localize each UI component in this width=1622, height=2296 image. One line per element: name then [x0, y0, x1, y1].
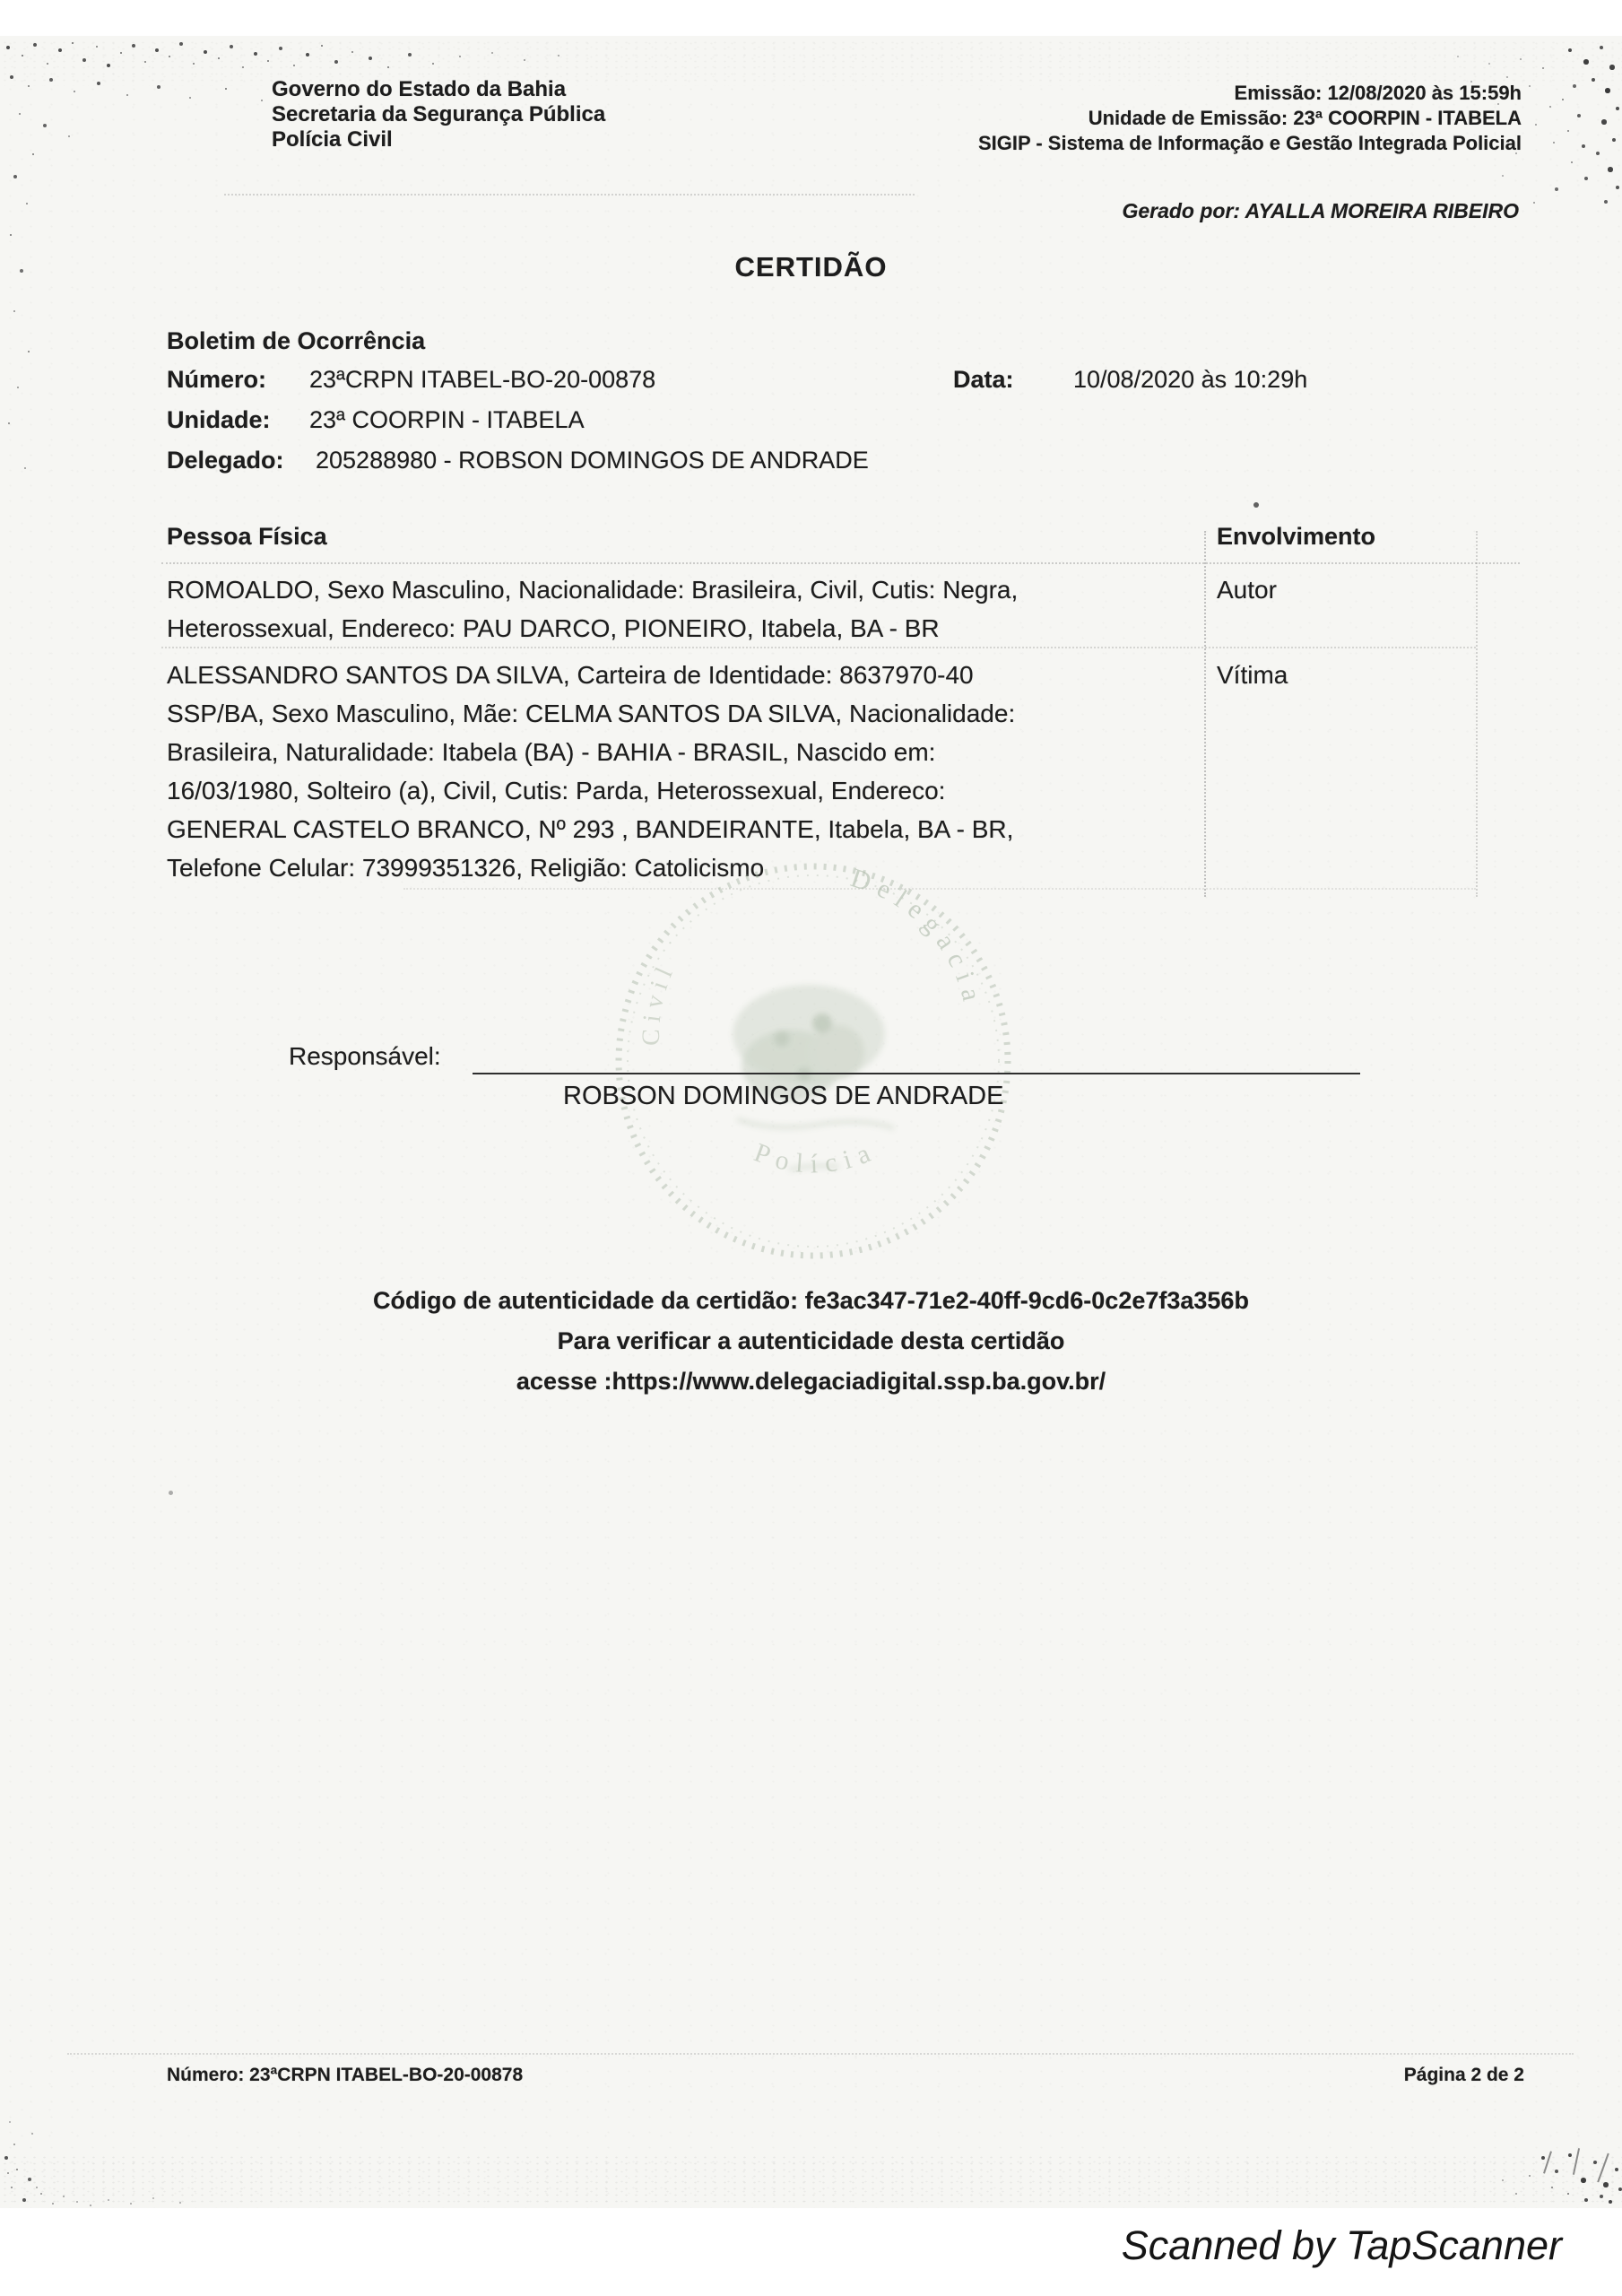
- person-row-2-involvement: Vítima: [1217, 656, 1288, 694]
- responsible-label: Responsável:: [289, 1042, 441, 1071]
- table-rule-vertical-left: [1204, 531, 1206, 897]
- person-row-2-line-3: Brasileira, Naturalidade: Itabela (BA) -…: [167, 733, 1015, 771]
- person-row-1-description: ROMOALDO, Sexo Masculino, Nacionalidade:…: [167, 570, 1018, 648]
- header-emission-block: Emissão: 12/08/2020 às 15:59h Unidade de…: [978, 81, 1522, 156]
- table-rule-vertical-right: [1476, 531, 1478, 897]
- scan-noise-bottom-right: [1488, 2144, 1490, 2145]
- emission-unit: Unidade de Emissão: 23ª COORPIN - ITABEL…: [978, 106, 1522, 131]
- footer-document-number: Número: 23ªCRPN ITABEL-BO-20-00878: [167, 2065, 523, 2086]
- ink-dot-artifact: [1253, 502, 1259, 508]
- authenticity-url: acesse :https://www.delegaciadigital.ssp…: [0, 1361, 1622, 1402]
- person-row-2-line-4: 16/03/1980, Solteiro (a), Civil, Cutis: …: [167, 771, 1015, 810]
- footer-rule: [67, 2053, 1574, 2055]
- authenticity-code: Código de autenticidade da certidão: fe3…: [0, 1281, 1622, 1321]
- involvement-column-header: Envolvimento: [1217, 523, 1375, 551]
- emission-datetime: Emissão: 12/08/2020 às 15:59h: [978, 81, 1522, 106]
- authenticity-instruction: Para verificar a autenticidade desta cer…: [0, 1321, 1622, 1361]
- persons-column-header: Pessoa Física: [167, 523, 327, 551]
- delegado-label: Delegado:: [167, 447, 284, 474]
- person-row-2-line-2: SSP/BA, Sexo Masculino, Mãe: CELMA SANTO…: [167, 694, 1015, 733]
- scanned-document: Governo do Estado da Bahia Secretaria da…: [0, 0, 1622, 2296]
- authenticity-block: Código de autenticidade da certidão: fe3…: [0, 1281, 1622, 1402]
- person-row-1-line-2: Heterossexual, Endereco: PAU DARCO, PION…: [167, 609, 1018, 648]
- header-agency-block: Governo do Estado da Bahia Secretaria da…: [272, 77, 605, 152]
- svg-text:Civil: Civil: [638, 958, 681, 1046]
- department-name: Polícia Civil: [272, 127, 605, 152]
- scan-noise-top-edge: [0, 39, 1622, 86]
- system-name: SIGIP - Sistema de Informação e Gestão I…: [978, 131, 1522, 156]
- unidade-value: 23ª COORPIN - ITABELA: [309, 406, 585, 434]
- footer-page-indicator: Página 2 de 2: [1404, 2065, 1524, 2086]
- person-row-1-line-1: ROMOALDO, Sexo Masculino, Nacionalidade:…: [167, 570, 1018, 609]
- official-stamp: Delegacia Civil Polícia: [603, 850, 1024, 1272]
- svg-text:Polícia: Polícia: [750, 1135, 882, 1179]
- responsible-name: ROBSON DOMINGOS DE ANDRADE: [563, 1082, 1003, 1111]
- secretariat-name: Secretaria da Segurança Pública: [272, 102, 605, 127]
- scan-noise-bottom-edge: [0, 2154, 1622, 2206]
- certificate-title: CERTIDÃO: [0, 251, 1622, 283]
- person-row-2-line-5: GENERAL CASTELO BRANCO, Nº 293 , BANDEIR…: [167, 810, 1015, 848]
- scan-noise-bottom-left: [0, 2090, 2, 2092]
- numero-value: 23ªCRPN ITABEL-BO-20-00878: [309, 366, 655, 394]
- generated-by: Gerado por: AYALLA MOREIRA RIBEIRO: [1122, 199, 1519, 223]
- numero-label: Número:: [167, 366, 266, 394]
- data-label: Data:: [953, 366, 1014, 394]
- tapscanner-watermark: Scanned by TapScanner: [1122, 2222, 1562, 2269]
- table-rule-top: [161, 562, 1520, 564]
- ink-dot-artifact: [169, 1491, 173, 1495]
- person-row-1-involvement: Autor: [1217, 570, 1277, 609]
- data-value: 10/08/2020 às 10:29h: [1073, 366, 1307, 394]
- svg-text:Delegacia: Delegacia: [847, 863, 988, 1011]
- agency-name: Governo do Estado da Bahia: [272, 77, 605, 102]
- scan-noise-top-right: [1435, 36, 1436, 38]
- bulletin-heading: Boletim de Ocorrência: [167, 327, 425, 355]
- table-rule-middle: [161, 647, 1476, 648]
- signature-line: [473, 1073, 1360, 1074]
- delegado-value: 205288980 - ROBSON DOMINGOS DE ANDRADE: [316, 447, 869, 474]
- scan-noise-top-left: [0, 0, 2, 2]
- person-row-2-line-1: ALESSANDRO SANTOS DA SILVA, Carteira de …: [167, 656, 1015, 694]
- scan-smudge-line: [224, 194, 915, 196]
- unidade-label: Unidade:: [167, 406, 271, 434]
